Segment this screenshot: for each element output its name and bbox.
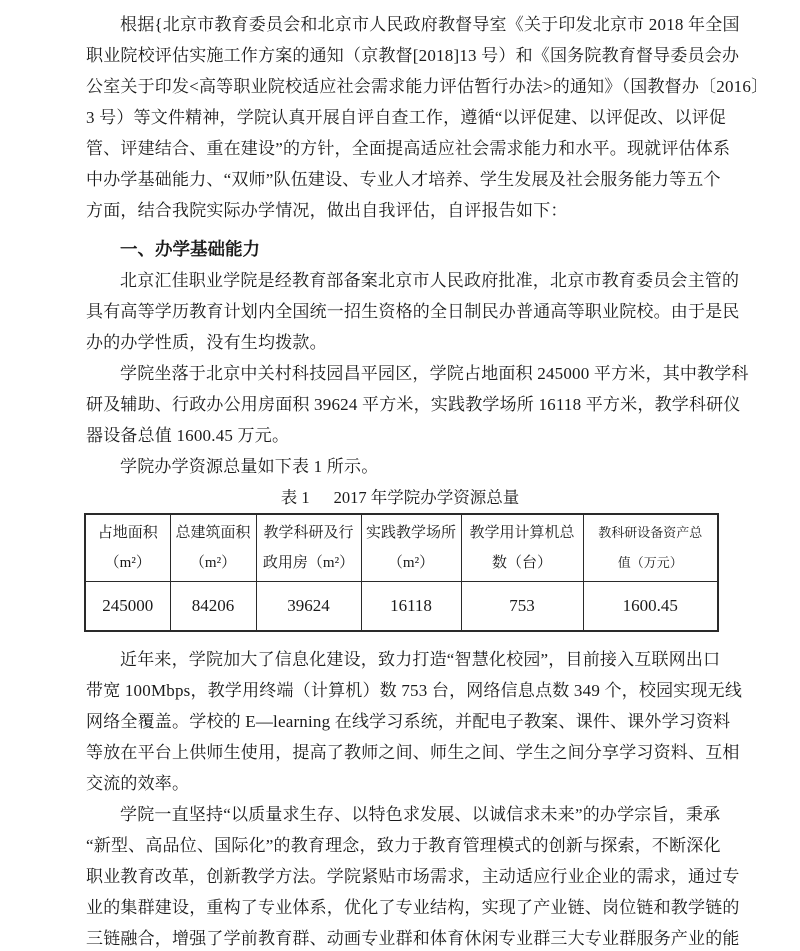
- text-line: 职业院校评估实施工作方案的通知（京教督[2018]13 号）和《国务院教育督导委…: [86, 40, 714, 71]
- table-header-cell: 占地面积 （m²）: [85, 514, 170, 582]
- table-caption: 表 1 2017 年学院办学资源总量: [86, 482, 714, 513]
- table-caption-title: 2017 年学院办学资源总量: [334, 482, 520, 513]
- text-line: 根据{北京市教育委员会和北京市人民政府教督导室《关于印发北京市 2018 年全国: [86, 9, 714, 40]
- text-line: 交流的效率。: [86, 768, 714, 799]
- header-text: 政用房（m²）: [257, 548, 361, 578]
- text-line: 3 号）等文件精神，学院认真开展自评自查工作，遵循“以评促建、以评促改、以评促: [86, 102, 714, 133]
- table-value-cell: 84206: [170, 582, 256, 632]
- text-line: “新型、高品位、国际化”的教育理念，致力于教育管理模式的创新与探索，不断深化: [86, 830, 714, 861]
- header-text: （m²）: [362, 548, 461, 578]
- header-text: 教科研设备资产总: [584, 518, 718, 548]
- document-page: 根据{北京市教育委员会和北京市人民政府教督导室《关于印发北京市 2018 年全国…: [0, 0, 800, 951]
- header-text: 值（万元）: [584, 548, 718, 578]
- text-line: 网络全覆盖。学校的 E—learning 在线学习系统，并配电子教案、课件、课外…: [86, 706, 714, 737]
- text-line: 管、评建结合、重在建设”的方针，全面提高适应社会需求能力和水平。现就评估体系: [86, 133, 714, 164]
- table-header-cell: 教学用计算机总 数（台）: [461, 514, 583, 582]
- text-line: 三链融合，增强了学前教育群、动画专业群和体育休闲专业群三大专业群服务产业的能: [86, 923, 714, 951]
- table-header-row: 占地面积 （m²） 总建筑面积 （m²） 教学科研及行 政用房（m²） 实践教学…: [85, 514, 718, 582]
- header-text: 数（台）: [462, 548, 583, 578]
- header-text: （m²）: [171, 548, 256, 578]
- text-line: 职业教育改革，创新教学方法。学院紧贴市场需求，主动适应行业企业的需求，通过专: [86, 861, 714, 892]
- table-value-cell: 245000: [85, 582, 170, 632]
- text-line: 北京汇佳职业学院是经教育部备案北京市人民政府批准，北京市教育委员会主管的: [86, 265, 714, 296]
- paragraph-table-lead: 学院办学资源总量如下表 1 所示。: [86, 451, 714, 482]
- text-line: 等放在平台上供师生使用，提高了教师之间、师生之间、学生之间分享学习资料、互相: [86, 737, 714, 768]
- table-header-cell: 总建筑面积 （m²）: [170, 514, 256, 582]
- table-value-row: 245000 84206 39624 16118 753 1600.45: [85, 582, 718, 632]
- text-line: 学院一直坚持“以质量求生存、以特色求发展、以诚信求未来”的办学宗旨，秉承: [86, 799, 714, 830]
- table-value-cell: 1600.45: [583, 582, 718, 632]
- text-line: 公室关于印发<高等职业院校适应社会需求能力评估暂行办法>的通知》（国教督办〔20…: [86, 71, 714, 102]
- paragraph-college-overview: 北京汇佳职业学院是经教育部备案北京市人民政府批准，北京市教育委员会主管的 具有高…: [86, 265, 714, 358]
- text-line: 具有高等学历教育计划内全国统一招生资格的全日制民办普通高等职业院校。由于是民: [86, 296, 714, 327]
- table-header-cell: 实践教学场所 （m²）: [361, 514, 461, 582]
- paragraph-philosophy: 学院一直坚持“以质量求生存、以特色求发展、以诚信求未来”的办学宗旨，秉承 “新型…: [86, 799, 714, 951]
- text-line: 带宽 100Mbps，教学用终端（计算机）数 753 台，网络信息点数 349 …: [86, 675, 714, 706]
- section-heading-basic-capacity: 一、办学基础能力: [86, 234, 714, 265]
- table-caption-label: 表 1: [281, 482, 310, 513]
- text-line: 中办学基础能力、“双师”队伍建设、专业人才培养、学生发展及社会服务能力等五个: [86, 164, 714, 195]
- text-line: 研及辅助、行政办公用房面积 39624 平方米，实践教学场所 16118 平方米…: [86, 389, 714, 420]
- text-line: 方面，结合我院实际办学情况，做出自我评估，自评报告如下：: [86, 195, 714, 226]
- paragraph-informatization: 近年来，学院加大了信息化建设，致力打造“智慧化校园”，目前接入互联网出口 带宽 …: [86, 644, 714, 799]
- header-text: 占地面积: [86, 518, 170, 548]
- table-header-cell: 教学科研及行 政用房（m²）: [256, 514, 361, 582]
- table-value-cell: 753: [461, 582, 583, 632]
- text-line: 学院坐落于北京中关村科技园昌平园区，学院占地面积 245000 平方米，其中教学…: [86, 358, 714, 389]
- text-line: 业的集群建设，重构了专业体系，优化了专业结构，实现了产业链、岗位链和教学链的: [86, 892, 714, 923]
- header-text: 实践教学场所: [362, 518, 461, 548]
- table-value-cell: 39624: [256, 582, 361, 632]
- resource-totals-table: 占地面积 （m²） 总建筑面积 （m²） 教学科研及行 政用房（m²） 实践教学…: [84, 513, 719, 632]
- table-value-cell: 16118: [361, 582, 461, 632]
- header-text: （m²）: [86, 548, 170, 578]
- text-line: 近年来，学院加大了信息化建设，致力打造“智慧化校园”，目前接入互联网出口: [86, 644, 714, 675]
- header-text: 教学用计算机总: [462, 518, 583, 548]
- header-text: 总建筑面积: [171, 518, 256, 548]
- header-text: 教学科研及行: [257, 518, 361, 548]
- paragraph-campus-area: 学院坐落于北京中关村科技园昌平园区，学院占地面积 245000 平方米，其中教学…: [86, 358, 714, 451]
- paragraph-intro: 根据{北京市教育委员会和北京市人民政府教督导室《关于印发北京市 2018 年全国…: [86, 9, 714, 226]
- text-line: 办的办学性质，没有生均拨款。: [86, 327, 714, 358]
- text-line: 学院办学资源总量如下表 1 所示。: [86, 451, 714, 482]
- table-header-cell: 教科研设备资产总 值（万元）: [583, 514, 718, 582]
- text-line: 器设备总值 1600.45 万元。: [86, 420, 714, 451]
